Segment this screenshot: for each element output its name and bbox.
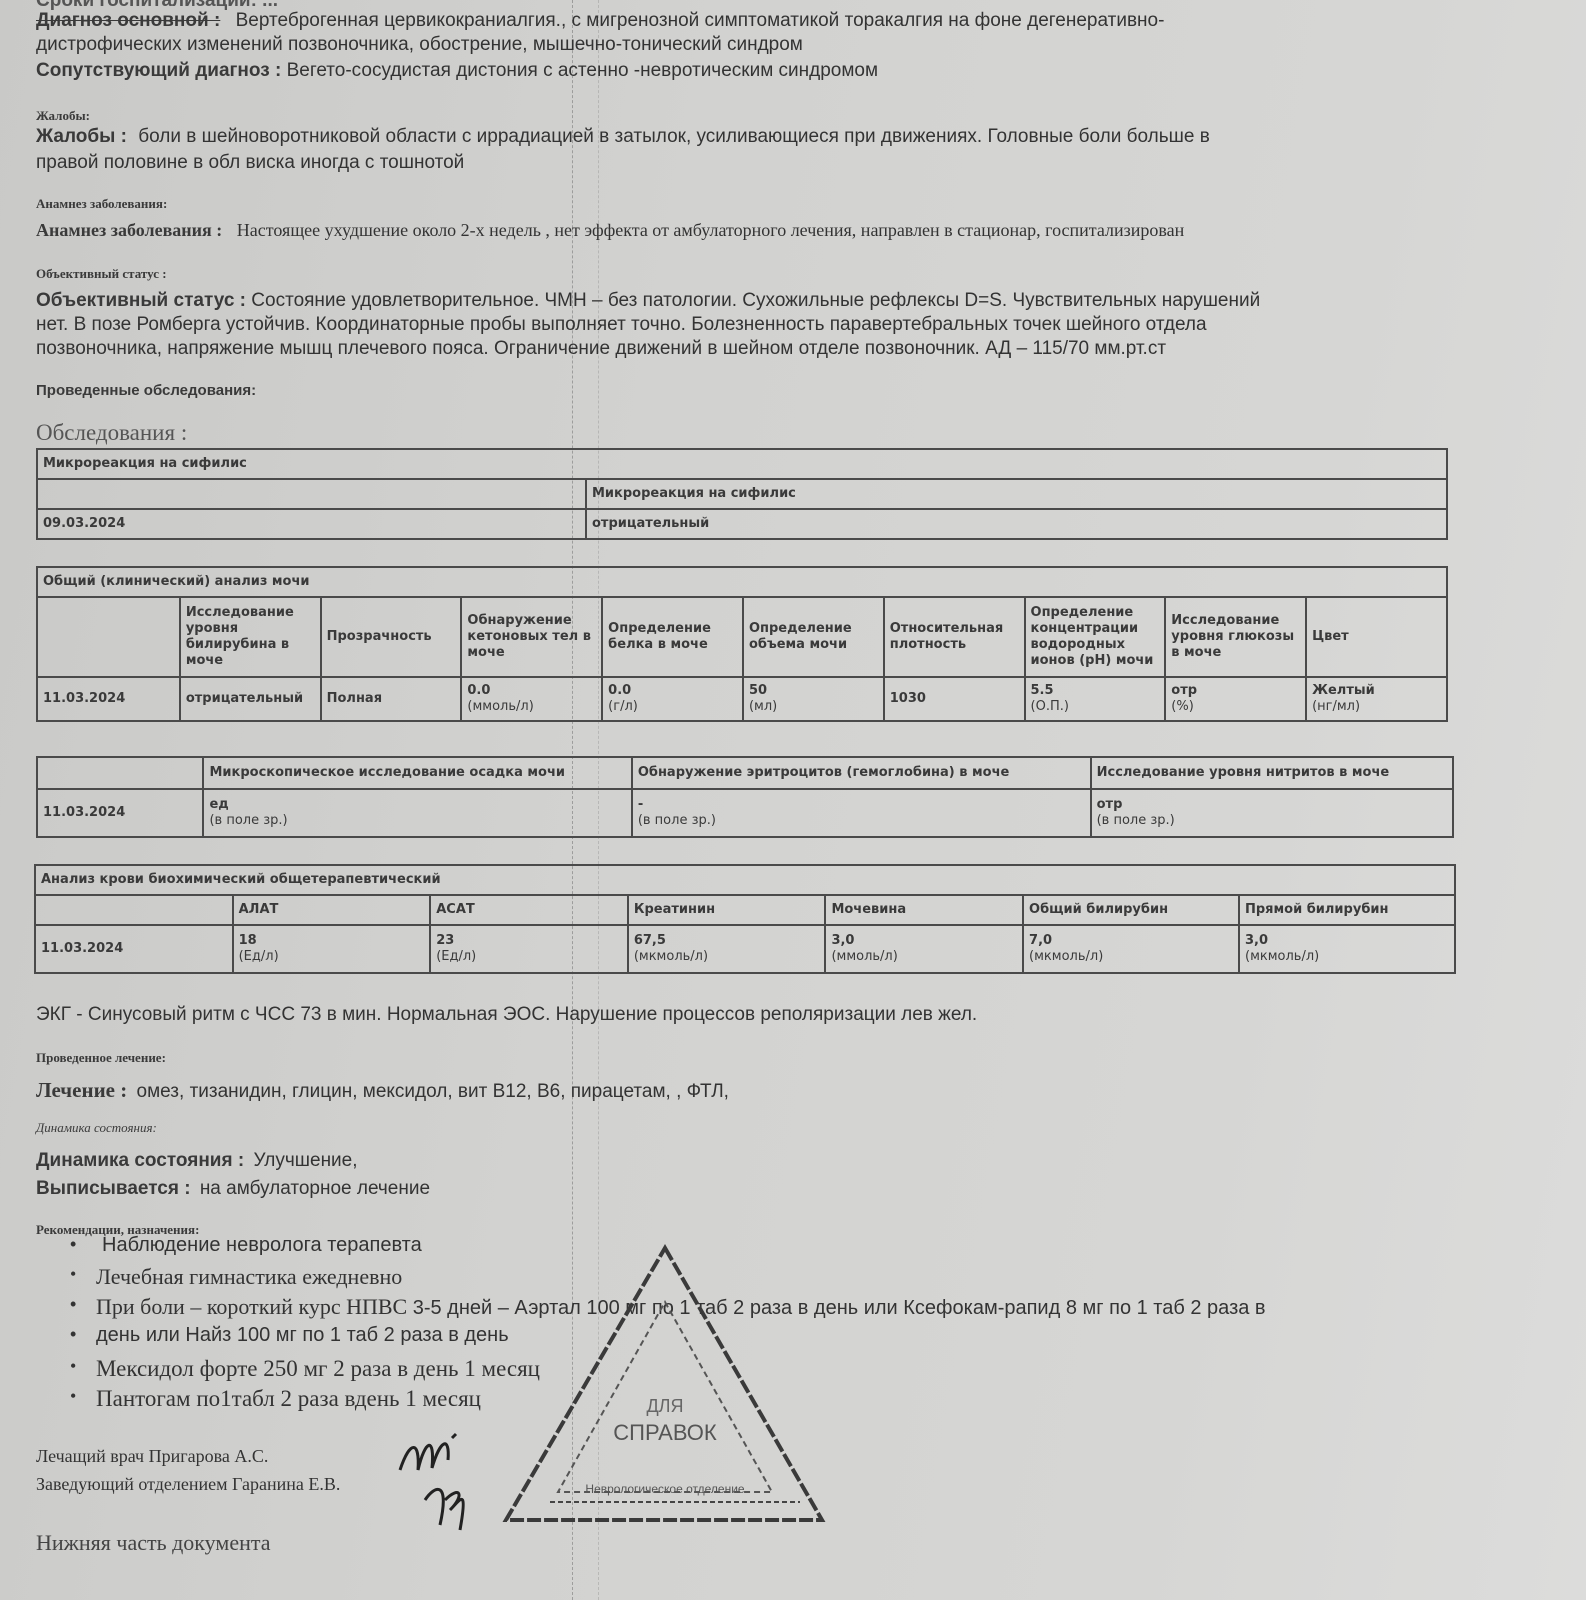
value-cell: Желтый(нг/мл) — [1306, 677, 1447, 721]
objective-status: Объективный статус : Состояние удовлетво… — [36, 290, 1260, 312]
dynamics-section-heading: Динамика состояния: — [36, 1120, 157, 1136]
value-cell: 67,5(мкмоль/л) — [628, 925, 826, 973]
unit: (ммоль/л) — [467, 699, 596, 715]
value: - — [638, 797, 1085, 813]
objective-status-cont: позвоночника, напряжение мышц плечевого … — [36, 338, 1166, 360]
unit: (в поле зр.) — [209, 813, 625, 829]
handwritten-signature-icon — [390, 1430, 500, 1540]
objective-text: Состояние удовлетворительное. ЧМН – без … — [251, 290, 1260, 311]
unit: (ммоль/л) — [831, 949, 1017, 965]
unit: (Ед/л) — [239, 949, 425, 965]
syphilis-table: Микрореакция на сифилис Микрореакция на … — [36, 448, 1448, 540]
value: Полная — [327, 691, 456, 707]
column-header: Микроскопическое исследование осадка моч… — [203, 757, 631, 789]
unit: (нг/мл) — [1312, 699, 1441, 715]
value: 3,0 — [1245, 933, 1449, 949]
value-cell: 50(мл) — [743, 677, 884, 721]
column-header: Исследование уровня глюкозы в моче — [1165, 597, 1306, 677]
value: 1030 — [890, 691, 1019, 707]
urine-microscopy-table: Микроскопическое исследование осадка моч… — [36, 756, 1454, 838]
value: 0.0 — [467, 683, 596, 699]
main-diagnosis: Диагноз основной : Вертеброгенная цервик… — [36, 10, 1164, 32]
main-diagnosis-cont: дистрофических изменений позвоночника, о… — [36, 34, 803, 56]
value: отрицательный — [186, 691, 315, 707]
value-cell: Полная — [321, 677, 462, 721]
objective-section-heading: Объективный статус : — [36, 266, 167, 282]
table-title: Микрореакция на сифилис — [37, 449, 1447, 479]
value: ед — [209, 797, 625, 813]
urine-table: Общий (клинический) анализ мочи Исследов… — [36, 566, 1448, 722]
column-header: Мочевина — [825, 895, 1023, 925]
objective-label: Объективный статус : — [36, 290, 246, 311]
attending-physician: Лечащий врач Пригарова А.С. — [36, 1446, 268, 1467]
stamp-line-1: ДЛЯ — [646, 1396, 683, 1416]
complaints-text: боли в шейноворотниковой области с иррад… — [138, 126, 1210, 147]
triangle-stamp-icon: ДЛЯ СПРАВОК Неврологическое отделение — [500, 1240, 830, 1530]
complaints-cont: правой половине в обл виска иногда с тош… — [36, 152, 464, 174]
complaints-label: Жалобы : — [36, 126, 127, 147]
unit: (Ед/л) — [436, 949, 622, 965]
dynamics-label: Динамика состояния : — [36, 1150, 244, 1171]
treatment-section-heading: Проведенное лечение: — [36, 1050, 166, 1066]
concomitant-text: Вегето-сосудистая дистония с астенно -не… — [287, 60, 878, 81]
complaints: Жалобы : боли в шейноворотниковой област… — [36, 126, 1210, 148]
value-cell: отр(в поле зр.) — [1091, 789, 1453, 837]
table-title: Анализ крови биохимический общетерапевти… — [35, 865, 1455, 895]
value-cell: 5.5(О.П.) — [1025, 677, 1166, 721]
value-cell: отр(%) — [1165, 677, 1306, 721]
column-header: Определение белка в моче — [602, 597, 743, 677]
ecg-result: ЭКГ - Синусовый ритм с ЧСС 73 в мин. Нор… — [36, 1004, 977, 1026]
unit: (О.П.) — [1031, 699, 1160, 715]
exams-title: Обследования : — [36, 420, 187, 446]
document-footer: Нижняя часть документа — [36, 1530, 271, 1556]
column-header: Относительная плотность — [884, 597, 1025, 677]
unit: (мкмоль/л) — [1245, 949, 1449, 965]
date-cell: 11.03.2024 — [37, 677, 180, 721]
treatment: Лечение : омез, тизанидин, глицин, мекси… — [36, 1078, 729, 1103]
main-diagnosis-label: Диагноз основной : — [36, 10, 220, 31]
value: 18 — [239, 933, 425, 949]
exams-section-heading: Проведенные обследования: — [36, 382, 256, 399]
column-header: Прозрачность — [321, 597, 462, 677]
list-item-text: При боли – короткий курс НПВС — [96, 1294, 413, 1319]
column-header: Обнаружение эритроцитов (гемоглобина) в … — [632, 757, 1091, 789]
value-cell: 0.0(г/л) — [602, 677, 743, 721]
column-header: Исследование уровня нитритов в моче — [1091, 757, 1453, 789]
column-header: Прямой билирубин — [1239, 895, 1455, 925]
complaints-section-heading: Жалобы: — [36, 108, 90, 124]
unit: (в поле зр.) — [638, 813, 1085, 829]
value-cell: отрицательный — [180, 677, 321, 721]
concomitant-diagnosis: Сопутствующий диагноз : Вегето-сосудиста… — [36, 60, 878, 82]
value-cell: 0.0(ммоль/л) — [461, 677, 602, 721]
column-header: Определение концентрации водородных ионо… — [1025, 597, 1166, 677]
anamnesis-text: Настоящее ухудшение около 2-х недель , н… — [237, 220, 1184, 240]
date-cell: 09.03.2024 — [37, 509, 586, 539]
column-header: Определение объема мочи — [743, 597, 884, 677]
unit: (г/л) — [608, 699, 737, 715]
value-cell: -(в поле зр.) — [632, 789, 1091, 837]
discharge: Выписывается : на амбулаторное лечение — [36, 1178, 430, 1200]
treatment-text: омез, тизанидин, глицин, мексидол, вит В… — [137, 1081, 729, 1102]
column-header: Исследование уровня билирубина в моче — [180, 597, 321, 677]
value: 23 — [436, 933, 622, 949]
unit: (мл) — [749, 699, 878, 715]
value-cell: 3,0(ммоль/л) — [825, 925, 1023, 973]
discharge-label: Выписывается : — [36, 1178, 191, 1199]
value: 67,5 — [634, 933, 820, 949]
empty-cell — [37, 479, 586, 509]
column-header: Цвет — [1306, 597, 1447, 677]
value-cell: 7,0(мкмоль/л) — [1023, 925, 1239, 973]
unit: (мкмоль/л) — [634, 949, 820, 965]
concomitant-label: Сопутствующий диагноз : — [36, 60, 281, 81]
column-header: Микрореакция на сифилис — [586, 479, 1447, 509]
empty-cell — [37, 757, 203, 789]
unit: (%) — [1171, 699, 1300, 715]
value: отр — [1097, 797, 1447, 813]
value: 0.0 — [608, 683, 737, 699]
value: 3,0 — [831, 933, 1017, 949]
result-cell: отрицательный — [586, 509, 1447, 539]
column-header: Креатинин — [628, 895, 826, 925]
column-header: Общий билирубин — [1023, 895, 1239, 925]
value: отр — [1171, 683, 1300, 699]
date-cell: 11.03.2024 — [37, 789, 203, 837]
column-header: Обнаружение кетоновых тел в моче — [461, 597, 602, 677]
dynamics-text: Улучшение, — [253, 1150, 357, 1171]
main-diagnosis-text: Вертеброгенная цервикокраниалгия., с миг… — [236, 10, 1165, 31]
value: 5.5 — [1031, 683, 1160, 699]
unit: (в поле зр.) — [1097, 813, 1447, 829]
anamnesis-section-heading: Анамнез заболевания: — [36, 196, 167, 212]
stamp-line-2: СПРАВОК — [613, 1420, 717, 1445]
value-cell: 18(Ед/л) — [233, 925, 431, 973]
value-cell: ед(в поле зр.) — [203, 789, 631, 837]
value: 7,0 — [1029, 933, 1233, 949]
column-header: АСАТ — [430, 895, 628, 925]
value-cell: 3,0(мкмоль/л) — [1239, 925, 1455, 973]
date-cell: 11.03.2024 — [35, 925, 233, 973]
anamnesis-label: Анамнез заболевания : — [36, 220, 222, 240]
value: 50 — [749, 683, 878, 699]
blood-biochemistry-table: Анализ крови биохимический общетерапевти… — [34, 864, 1456, 974]
anamnesis: Анамнез заболевания : Настоящее ухудшени… — [36, 220, 1184, 241]
stamp-line-3: Неврологическое отделение — [585, 1482, 744, 1496]
treatment-label: Лечение : — [36, 1078, 127, 1102]
department-head: Заведующий отделением Гаранина Е.В. — [36, 1474, 340, 1495]
table-title: Общий (клинический) анализ мочи — [37, 567, 1447, 597]
value-cell: 23(Ед/л) — [430, 925, 628, 973]
unit: (мкмоль/л) — [1029, 949, 1233, 965]
empty-cell — [35, 895, 233, 925]
empty-cell — [37, 597, 180, 677]
dynamics: Динамика состояния : Улучшение, — [36, 1150, 358, 1172]
objective-status-cont: нет. В позе Ромберга устойчив. Координат… — [36, 314, 1207, 336]
value-cell: 1030 — [884, 677, 1025, 721]
discharge-text: на амбулаторное лечение — [200, 1178, 430, 1199]
column-header: АЛАТ — [233, 895, 431, 925]
value: Желтый — [1312, 683, 1441, 699]
